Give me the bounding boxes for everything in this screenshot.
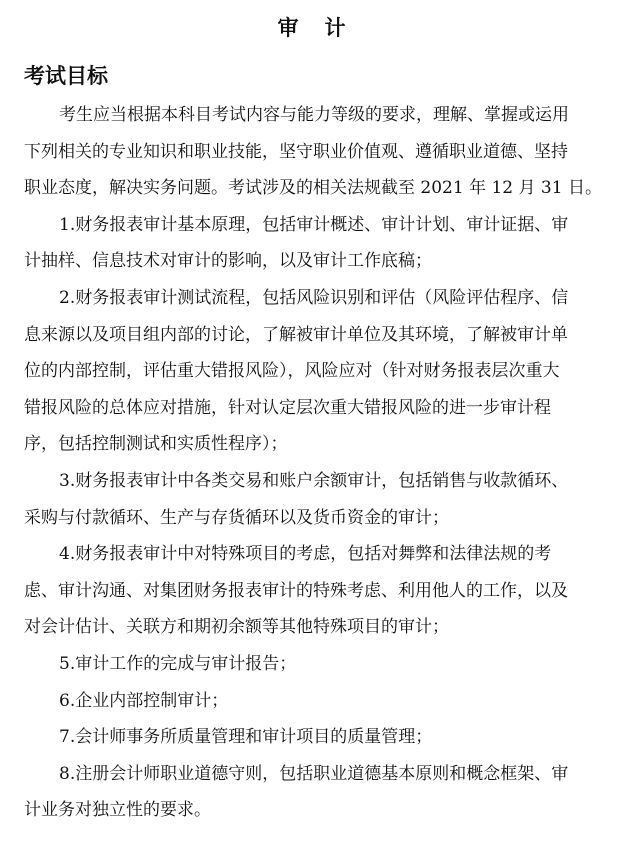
paragraph-line: 8.注册会计师职业道德守则，包括职业道德基本原则和概念框架、审: [24, 756, 580, 793]
paragraph-line: 采购与付款循环、生产与存货循环以及货币资金的审计；: [24, 500, 580, 537]
title-char-2: 计: [325, 12, 346, 44]
paragraph-line: 对会计估计、关联方和期初余额等其他特殊项目的审计；: [24, 609, 580, 646]
paragraph-line: 序，包括控制测试和实质性程序）；: [24, 426, 580, 463]
paragraph-line: 下列相关的专业知识和职业技能，坚守职业价值观、遵循职业道德、坚持: [24, 134, 580, 171]
paragraph-line: 2.财务报表审计测试流程，包括风险识别和评估（风险评估程序、信: [24, 280, 580, 317]
paragraph-line: 1.财务报表审计基本原理，包括审计概述、审计计划、审计证据、审: [24, 207, 580, 244]
list-item-6: 6.企业内部控制审计；: [24, 683, 580, 720]
paragraph-line: 职业态度，解决实务问题。考试涉及的相关法规截至 2021 年 12 月 31 日…: [24, 170, 580, 207]
paragraph-line: 虑、审计沟通、对集团财务报表审计的特殊考虑、利用他人的工作，以及: [24, 573, 580, 610]
list-item-2: 2.财务报表审计测试流程，包括风险识别和评估（风险评估程序、信 息来源以及项目组…: [24, 280, 580, 463]
section-heading: 考试目标: [24, 60, 108, 92]
paragraph-line: 位的内部控制，评估重大错报风险），风险应对（针对财务报表层次重大: [24, 353, 580, 390]
paragraph-line: 息来源以及项目组内部的讨论，了解被审计单位及其环境，了解被审计单: [24, 317, 580, 354]
paragraph-line: 6.企业内部控制审计；: [24, 683, 580, 720]
document-body: 考生应当根据本科目考试内容与能力等级的要求，理解、掌握或运用 下列相关的专业知识…: [24, 97, 580, 829]
list-item-5: 5.审计工作的完成与审计报告；: [24, 646, 580, 683]
paragraph-line: 错报风险的总体应对措施，针对认定层次重大错报风险的进一步审计程: [24, 390, 580, 427]
paragraph-line: 7.会计师事务所质量管理和审计项目的质量管理；: [24, 719, 580, 756]
title-char-1: 审: [278, 12, 299, 44]
document-page: 审计 考试目标 考生应当根据本科目考试内容与能力等级的要求，理解、掌握或运用 下…: [0, 0, 623, 857]
paragraph-line: 考生应当根据本科目考试内容与能力等级的要求，理解、掌握或运用: [24, 97, 580, 134]
paragraph-line: 计业务对独立性的要求。: [24, 792, 580, 829]
document-title: 审计: [0, 12, 623, 44]
list-item-8: 8.注册会计师职业道德守则，包括职业道德基本原则和概念框架、审 计业务对独立性的…: [24, 756, 580, 829]
paragraph-line: 4.财务报表审计中对特殊项目的考虑，包括对舞弊和法律法规的考: [24, 536, 580, 573]
list-item-1: 1.财务报表审计基本原理，包括审计概述、审计计划、审计证据、审 计抽样、信息技术…: [24, 207, 580, 280]
list-item-3: 3.财务报表审计中各类交易和账户余额审计，包括销售与收款循环、 采购与付款循环、…: [24, 463, 580, 536]
paragraph-line: 计抽样、信息技术对审计的影响，以及审计工作底稿；: [24, 243, 580, 280]
paragraph-line: 5.审计工作的完成与审计报告；: [24, 646, 580, 683]
list-item-7: 7.会计师事务所质量管理和审计项目的质量管理；: [24, 719, 580, 756]
list-item-4: 4.财务报表审计中对特殊项目的考虑，包括对舞弊和法律法规的考 虑、审计沟通、对集…: [24, 536, 580, 646]
paragraph-intro: 考生应当根据本科目考试内容与能力等级的要求，理解、掌握或运用 下列相关的专业知识…: [24, 97, 580, 207]
paragraph-line: 3.财务报表审计中各类交易和账户余额审计，包括销售与收款循环、: [24, 463, 580, 500]
